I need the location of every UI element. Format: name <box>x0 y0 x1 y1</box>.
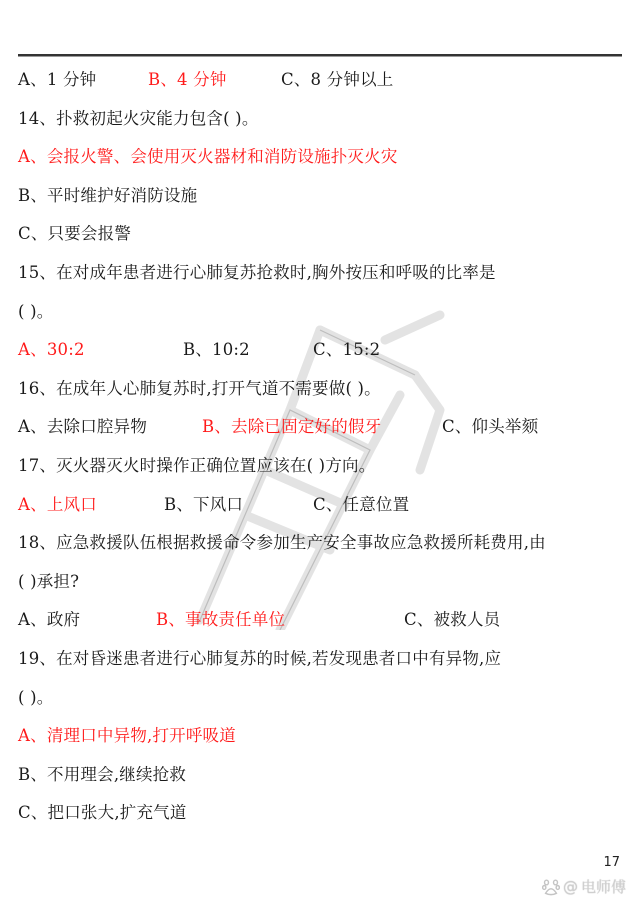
option-b: B、10:2 <box>183 336 250 364</box>
option-a: A、1 分钟 <box>18 66 96 94</box>
options-row-q18: A、政府 B、事故责任单位 C、被救人员 <box>18 606 622 645</box>
brand-name: 电师傅 <box>581 876 626 897</box>
paw-logo-icon <box>542 878 560 896</box>
header-rule <box>18 54 622 57</box>
option-c: C、8 分钟以上 <box>281 66 393 94</box>
question-15-blank: ( )。 <box>18 298 622 337</box>
question-14: 14、扑救初起火灾能力包含( )。 <box>18 105 622 144</box>
source-brand: @ 电师傅 <box>542 876 626 897</box>
option-a: A、政府 <box>18 606 80 634</box>
option-c: C、仰头举颏 <box>442 413 538 441</box>
question-15: 15、在对成年患者进行心肺复苏抢救时,胸外按压和呼吸的比率是 <box>18 259 622 298</box>
option-c: C、被救人员 <box>404 606 500 634</box>
question-16: 16、在成年人心肺复苏时,打开气道不需要做( )。 <box>18 375 622 414</box>
option-b-correct: B、事故责任单位 <box>156 606 285 634</box>
option-a-correct: A、30:2 <box>18 336 85 364</box>
option-c: C、15:2 <box>313 336 380 364</box>
question-18: 18、应急救援队伍根据救援命令参加生产安全事故应急救援所耗费用,由 <box>18 529 622 568</box>
question-19: 19、在对昏迷患者进行心肺复苏的时候,若发现患者口中有异物,应 <box>18 645 622 684</box>
option-c: C、只要会报警 <box>18 220 622 259</box>
option-b-correct: B、去除已固定好的假牙 <box>202 413 381 441</box>
document-page: A、1 分钟 B、4 分钟 C、8 分钟以上 14、扑救初起火灾能力包含( )。… <box>18 66 622 838</box>
options-row-q13: A、1 分钟 B、4 分钟 C、8 分钟以上 <box>18 66 622 105</box>
option-a-correct: A、清理口中异物,打开呼吸道 <box>18 722 622 761</box>
option-a-correct: A、会报火警、会使用灭火器材和消防设施扑灭火灾 <box>18 143 622 182</box>
option-b: B、下风口 <box>164 491 243 519</box>
page-number: 17 <box>603 855 620 870</box>
option-b: B、平时维护好消防设施 <box>18 182 622 221</box>
options-row-q16: A、去除口腔异物 B、去除已固定好的假牙 C、仰头举颏 <box>18 413 622 452</box>
option-c: C、任意位置 <box>313 491 409 519</box>
question-19-blank: ( )。 <box>18 684 622 723</box>
option-c: C、把口张大,扩充气道 <box>18 799 622 838</box>
option-b: B、不用理会,继续抢救 <box>18 761 622 800</box>
question-18-blank: ( )承担? <box>18 568 622 607</box>
option-a: A、去除口腔异物 <box>18 413 147 441</box>
at-symbol: @ <box>563 878 578 896</box>
option-b-correct: B、4 分钟 <box>148 66 227 94</box>
options-row-q17: A、上风口 B、下风口 C、任意位置 <box>18 491 622 530</box>
question-17: 17、灭火器灭火时操作正确位置应该在( )方向。 <box>18 452 622 491</box>
options-row-q15: A、30:2 B、10:2 C、15:2 <box>18 336 622 375</box>
option-a-correct: A、上风口 <box>18 491 97 519</box>
